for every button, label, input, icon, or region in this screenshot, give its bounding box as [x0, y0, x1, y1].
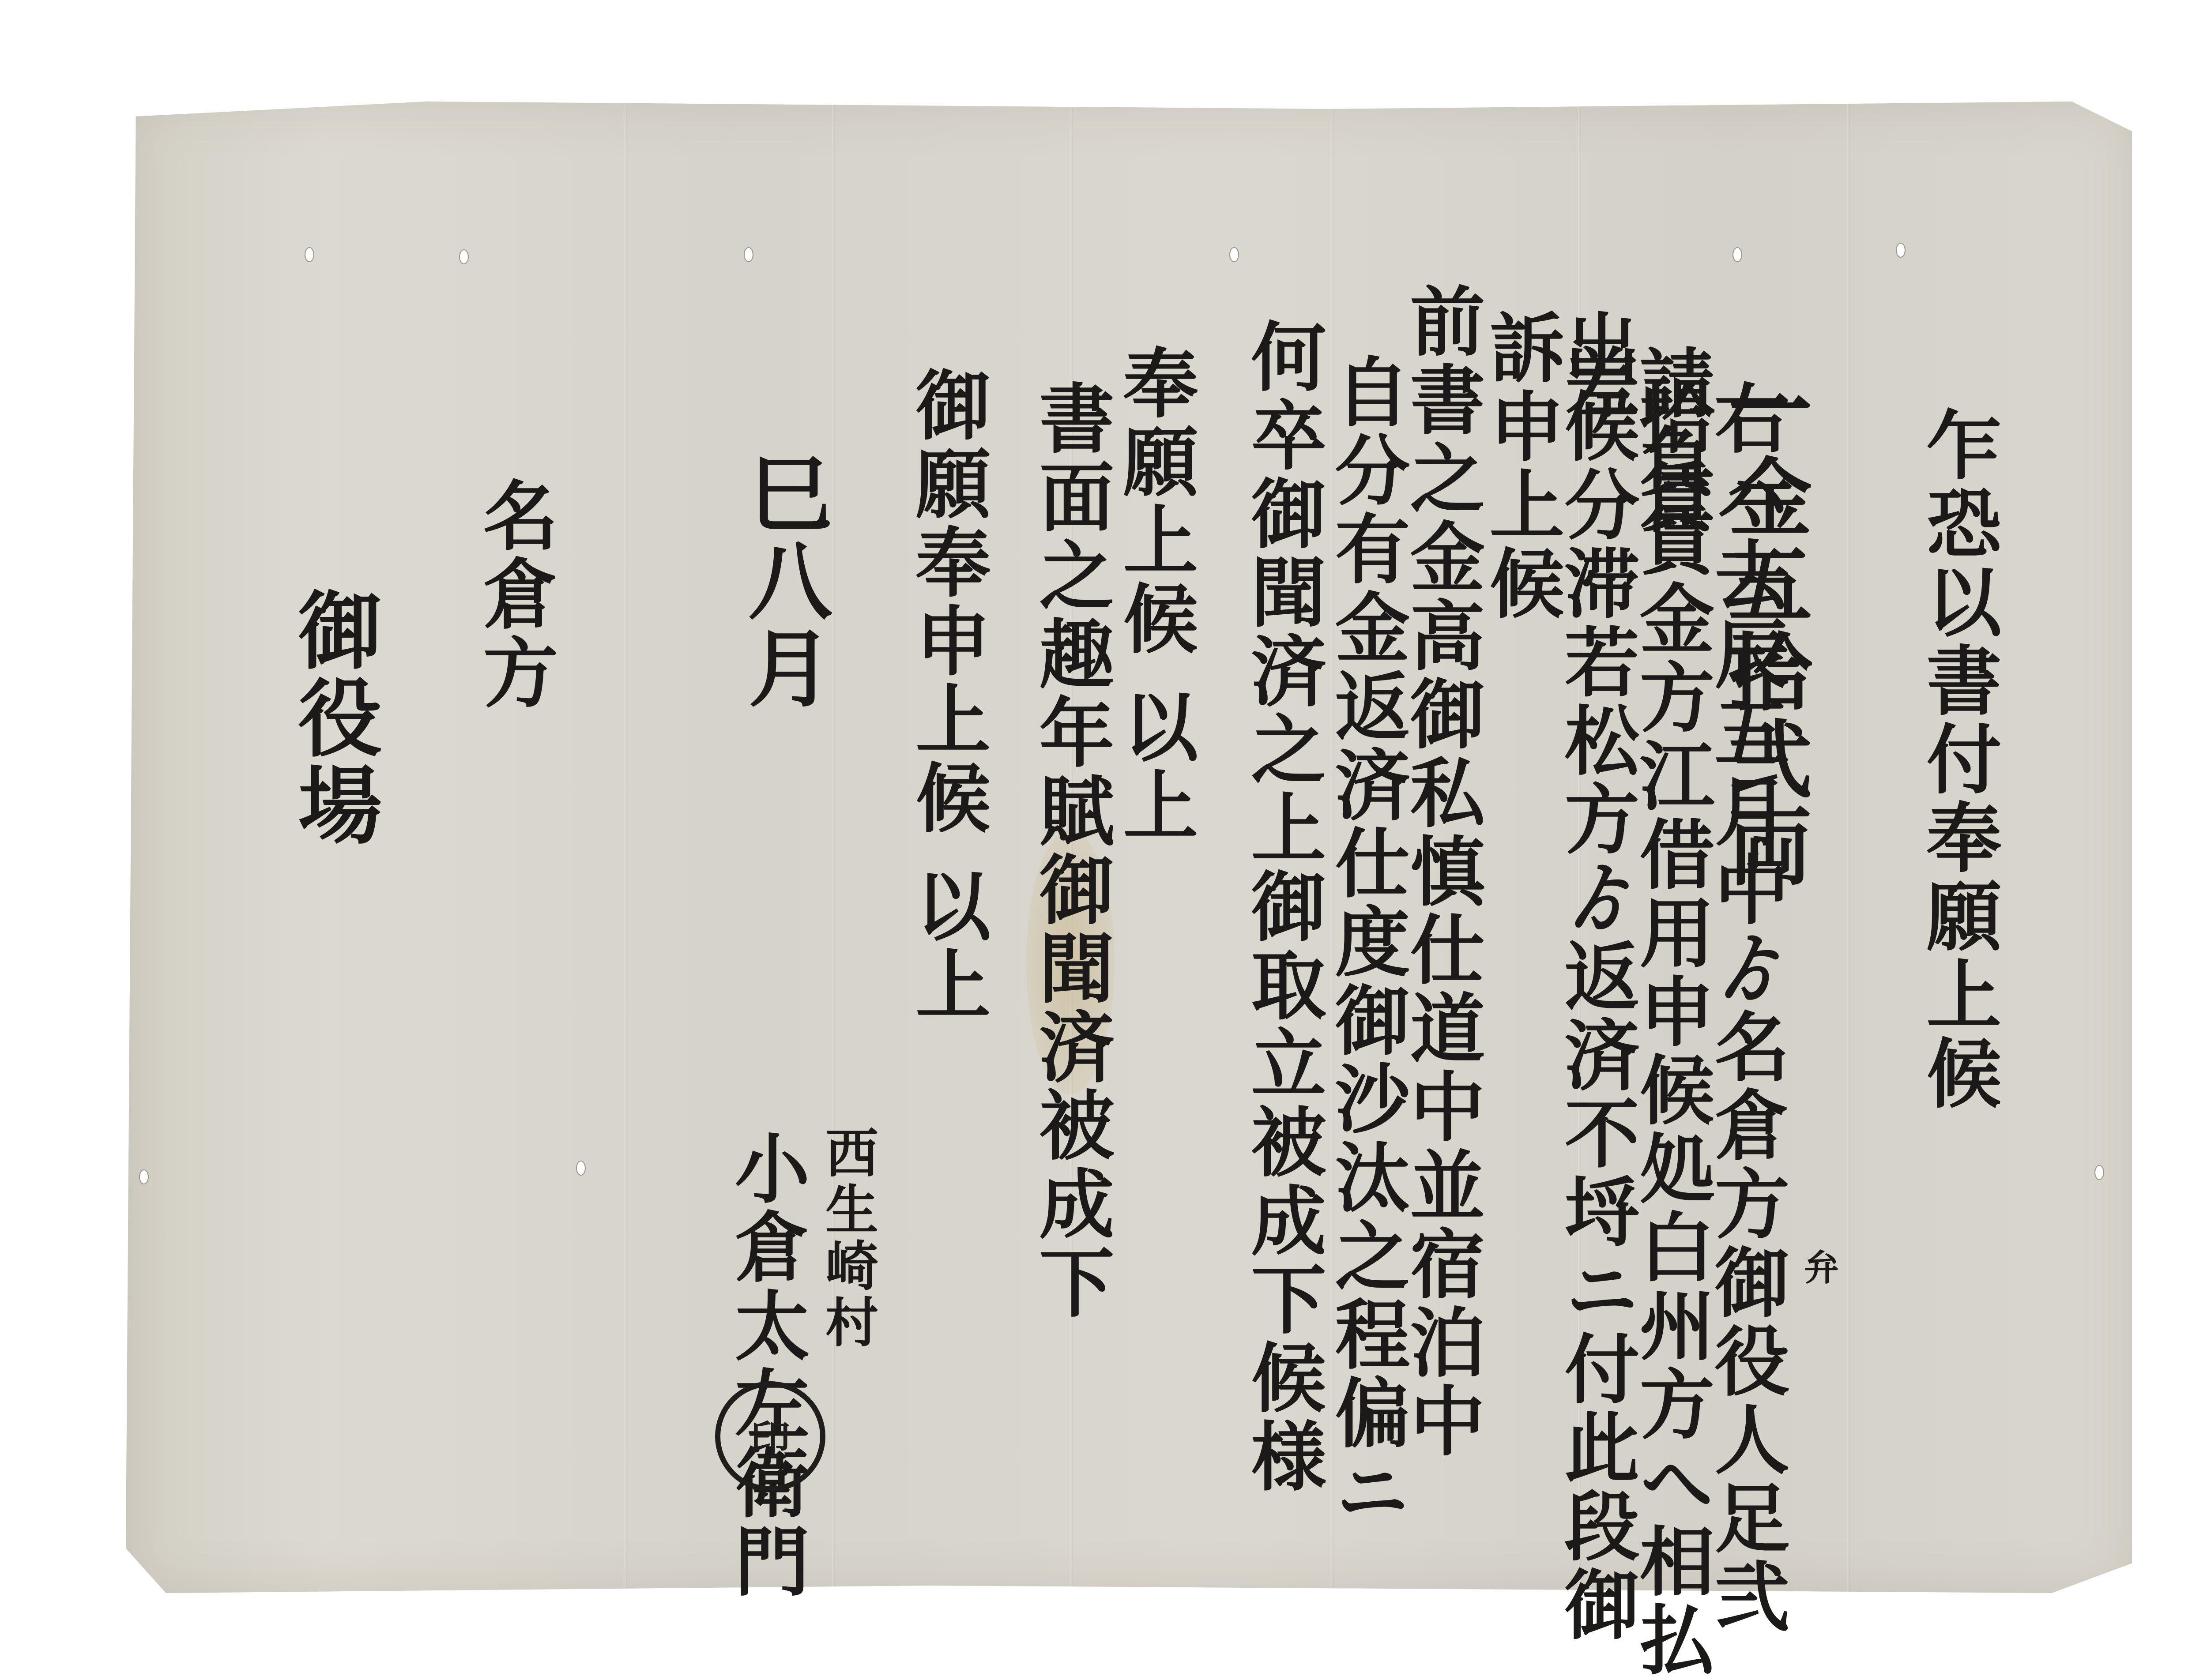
binding-hole: [1896, 243, 1906, 258]
binding-hole: [305, 247, 314, 262]
sender-name: 小倉太左衛門: [728, 1130, 803, 1601]
body-column-9: 御願奉申上候 以上: [909, 366, 984, 1024]
body-column-4: 前書之金高御私慎仕道中並宿泊中: [1404, 282, 1479, 1461]
addressee-title: 御役場: [291, 587, 375, 849]
fold-line: [1847, 101, 1850, 1593]
body-column-3: 出候分滞若松方ゟ返済不埒ニ付此段御訴申上候: [1483, 309, 1633, 1680]
binding-hole: [576, 1161, 586, 1176]
fold-line: [625, 101, 627, 1593]
body-column-5: 自分有金返済仕度御沙汰之程偏ニ: [1329, 353, 1404, 1531]
date: 巳八月: [742, 450, 825, 712]
binding-hole: [459, 249, 469, 264]
binding-hole: [744, 247, 753, 262]
seal-stamp: 印: [715, 1381, 825, 1492]
body-column-7: 奉願上候 以上: [1117, 344, 1192, 845]
addressee-office: 名倉方: [477, 477, 552, 712]
body-column-8: 書面之趣年賦御聞済被成下: [1033, 380, 1108, 1322]
title-column: 乍恐以書付奉願上候: [1920, 406, 1995, 1113]
binding-hole: [1229, 247, 1239, 262]
binding-hole: [2094, 1165, 2104, 1180]
document-paper: [126, 101, 2132, 1593]
body-column-6: 何卒御聞済之上御取立被成下候様: [1245, 318, 1320, 1496]
binding-hole: [1732, 247, 1742, 262]
marginal-note: 弁: [1801, 1249, 1836, 1288]
fold-line: [832, 101, 835, 1593]
binding-hole: [139, 1169, 149, 1184]
sender-village: 西生崎村: [821, 1125, 874, 1351]
